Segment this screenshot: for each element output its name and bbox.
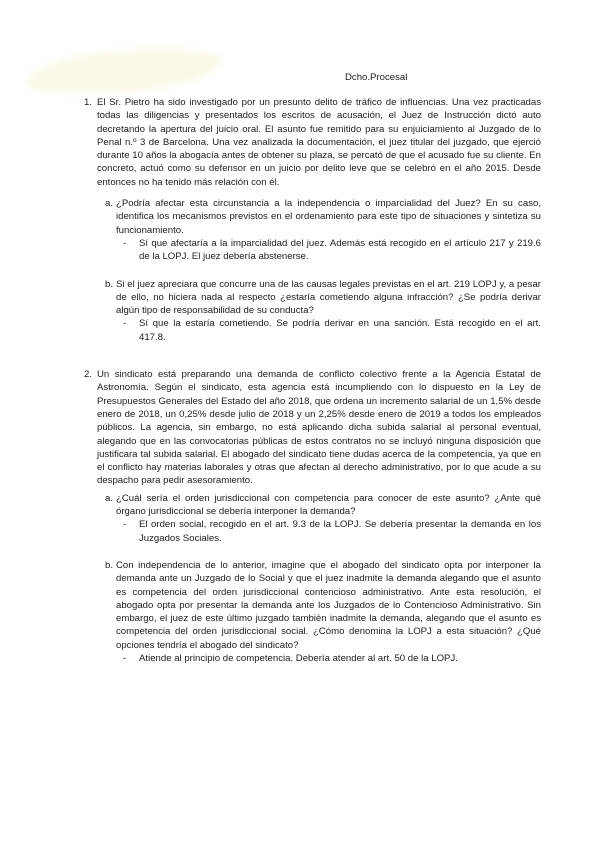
answer-text: Sí que afectaría a la imparcialidad del … [139, 237, 541, 264]
subitem-label: a. [105, 197, 116, 263]
question-2-number: 2. [84, 368, 97, 665]
page-header-title: Dcho.Procesal [345, 71, 407, 84]
answer-row: - Atiende al principio de competencia. D… [116, 652, 541, 665]
question-2-subitem-b: b. Con independencia de lo anterior, ima… [97, 559, 541, 665]
document-content: 1. El Sr. Pietro ha sido investigado por… [84, 96, 541, 665]
subitem-question: ¿Podría afectar esta circunstancia a la … [116, 197, 541, 237]
document-page: Dcho.Procesal 1. El Sr. Pietro ha sido i… [0, 0, 600, 848]
answer-dash: - [123, 652, 139, 665]
question-1-subitem-a: a. ¿Podría afectar esta circunstancia a … [97, 197, 541, 263]
answer-row: - Sí que afectaría a la imparcialidad de… [116, 237, 541, 264]
subitem-label: a. [105, 492, 116, 545]
subitem-label: b. [105, 278, 116, 344]
subitem-question: Si el juez apreciara que concurre una de… [116, 278, 541, 318]
subitem-question: ¿Cuál sería el orden jurisdiccional con … [116, 492, 541, 519]
question-2: 2. Un sindicato está preparando una dema… [84, 368, 541, 665]
answer-dash: - [123, 518, 139, 545]
redacted-name-smudge [25, 42, 223, 101]
question-1-intro: El Sr. Pietro ha sido investigado por un… [97, 96, 541, 189]
question-1-subitem-b: b. Si el juez apreciara que concurre una… [97, 278, 541, 344]
subitem-label: b. [105, 559, 116, 665]
question-2-intro: Un sindicato está preparando una demanda… [97, 368, 541, 488]
answer-row: - Sí que la estaría cometiendo. Se podrí… [116, 317, 541, 344]
subitem-question: Con independencia de lo anterior, imagin… [116, 559, 541, 652]
question-2-subitem-a: a. ¿Cuál sería el orden jurisdiccional c… [97, 492, 541, 545]
answer-text: Atiende al principio de competencia. Deb… [139, 652, 541, 665]
answer-text: El orden social, recogido en el art. 9.3… [139, 518, 541, 545]
answer-row: - El orden social, recogido en el art. 9… [116, 518, 541, 545]
answer-text: Sí que la estaría cometiendo. Se podría … [139, 317, 541, 344]
question-1: 1. El Sr. Pietro ha sido investigado por… [84, 96, 541, 344]
answer-dash: - [123, 317, 139, 344]
question-1-number: 1. [84, 96, 97, 344]
answer-dash: - [123, 237, 139, 264]
